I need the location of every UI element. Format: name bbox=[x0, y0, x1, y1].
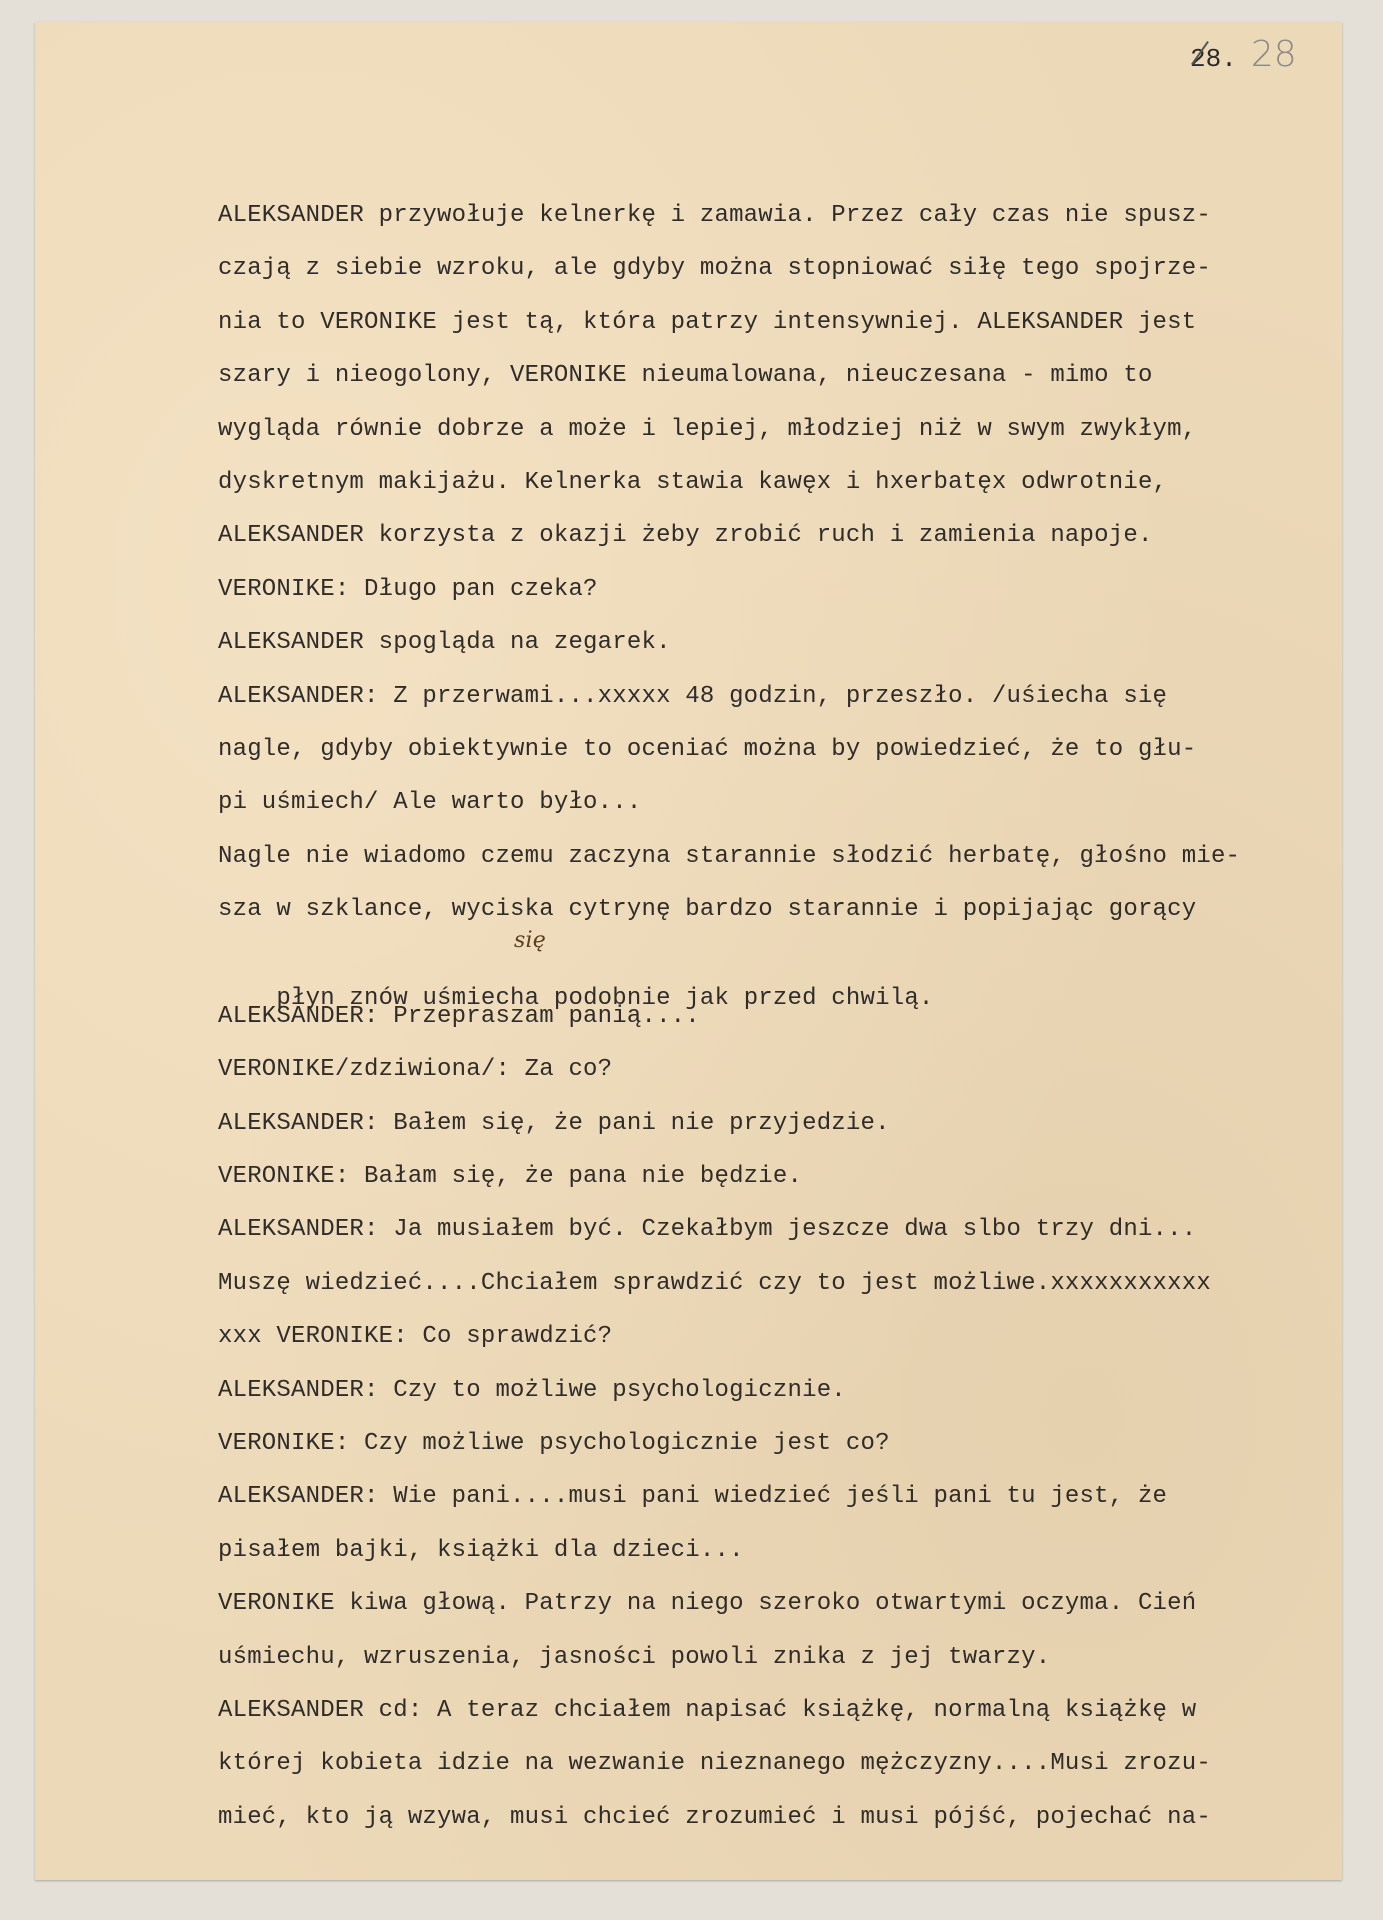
dialogue-line: VERONIKE: Czy możliwe psychologicznie je… bbox=[218, 1426, 1338, 1479]
text-line: pi uśmiech/ Ale warto było... bbox=[218, 785, 1338, 838]
stage-direction: VERONIKE kiwa głową. Patrzy na niego sze… bbox=[218, 1586, 1338, 1639]
text-line-with-insertion: płyn znów uśmiecha podobnie jak przed ch… bbox=[218, 945, 1338, 998]
text-line: nagle, gdyby obiektywnie to oceniać możn… bbox=[218, 732, 1338, 785]
typed-page-number: 28. bbox=[1190, 44, 1237, 74]
text-line: sza w szklance, wyciska cytrynę bardzo s… bbox=[218, 892, 1338, 945]
text-line: ALEKSANDER przywołuje kelnerkę i zamawia… bbox=[218, 198, 1338, 251]
text-line: mieć, kto ją wzywa, musi chcieć zrozumie… bbox=[218, 1800, 1338, 1853]
text-line: szary i nieogolony, VERONIKE nieumalowan… bbox=[218, 358, 1338, 411]
text-line: której kobieta idzie na wezwanie nieznan… bbox=[218, 1746, 1338, 1799]
dialogue-line: xxx VERONIKE: Co sprawdzić? bbox=[218, 1319, 1338, 1372]
dialogue-line: VERONIKE/zdziwiona/: Za co? bbox=[218, 1052, 1338, 1105]
dialogue-line: ALEKSANDER: Bałem się, że pani nie przyj… bbox=[218, 1106, 1338, 1159]
text-line: nia to VERONIKE jest tą, która patrzy in… bbox=[218, 305, 1338, 358]
dialogue-line: ALEKSANDER: Przepraszam panią.... bbox=[218, 999, 1338, 1052]
dialogue-line: VERONIKE: Bałam się, że pana nie będzie. bbox=[218, 1159, 1338, 1212]
page-number: 28.28 bbox=[1190, 34, 1297, 75]
text-line: wygląda równie dobrze a może i lepiej, m… bbox=[218, 412, 1338, 465]
dialogue-line: ALEKSANDER: Z przerwami...xxxxx 48 godzi… bbox=[218, 679, 1338, 732]
dialogue-line: ALEKSANDER: Ja musiałem być. Czekałbym j… bbox=[218, 1212, 1338, 1265]
dialogue-line: ALEKSANDER: Czy to możliwe psychologiczn… bbox=[218, 1373, 1338, 1426]
text-line: Muszę wiedzieć....Chciałem sprawdzić czy… bbox=[218, 1266, 1338, 1319]
dialogue-line: ALEKSANDER: Wie pani....musi pani wiedzi… bbox=[218, 1479, 1338, 1532]
text-line: pisałem bajki, książki dla dzieci... bbox=[218, 1533, 1338, 1586]
stage-direction: ALEKSANDER spogląda na zegarek. bbox=[218, 625, 1338, 678]
handwritten-insertion: się bbox=[514, 923, 546, 959]
text-line: uśmiechu, wzruszenia, jasności powoli zn… bbox=[218, 1640, 1338, 1693]
text-line: ALEKSANDER korzysta z okazji żeby zrobić… bbox=[218, 518, 1338, 571]
text-line: dyskretnym makijażu. Kelnerka stawia kaw… bbox=[218, 465, 1338, 518]
dialogue-line: VERONIKE: Długo pan czeka? bbox=[218, 572, 1338, 625]
dialogue-line: ALEKSANDER cd: A teraz chciałem napisać … bbox=[218, 1693, 1338, 1746]
document-body: ALEKSANDER przywołuje kelnerkę i zamawia… bbox=[218, 198, 1338, 1853]
text-line: czają z siebie wzroku, ale gdyby można s… bbox=[218, 251, 1338, 304]
stage-direction: Nagle nie wiadomo czemu zaczyna staranni… bbox=[218, 839, 1338, 892]
pencil-page-number: 28 bbox=[1251, 34, 1297, 75]
